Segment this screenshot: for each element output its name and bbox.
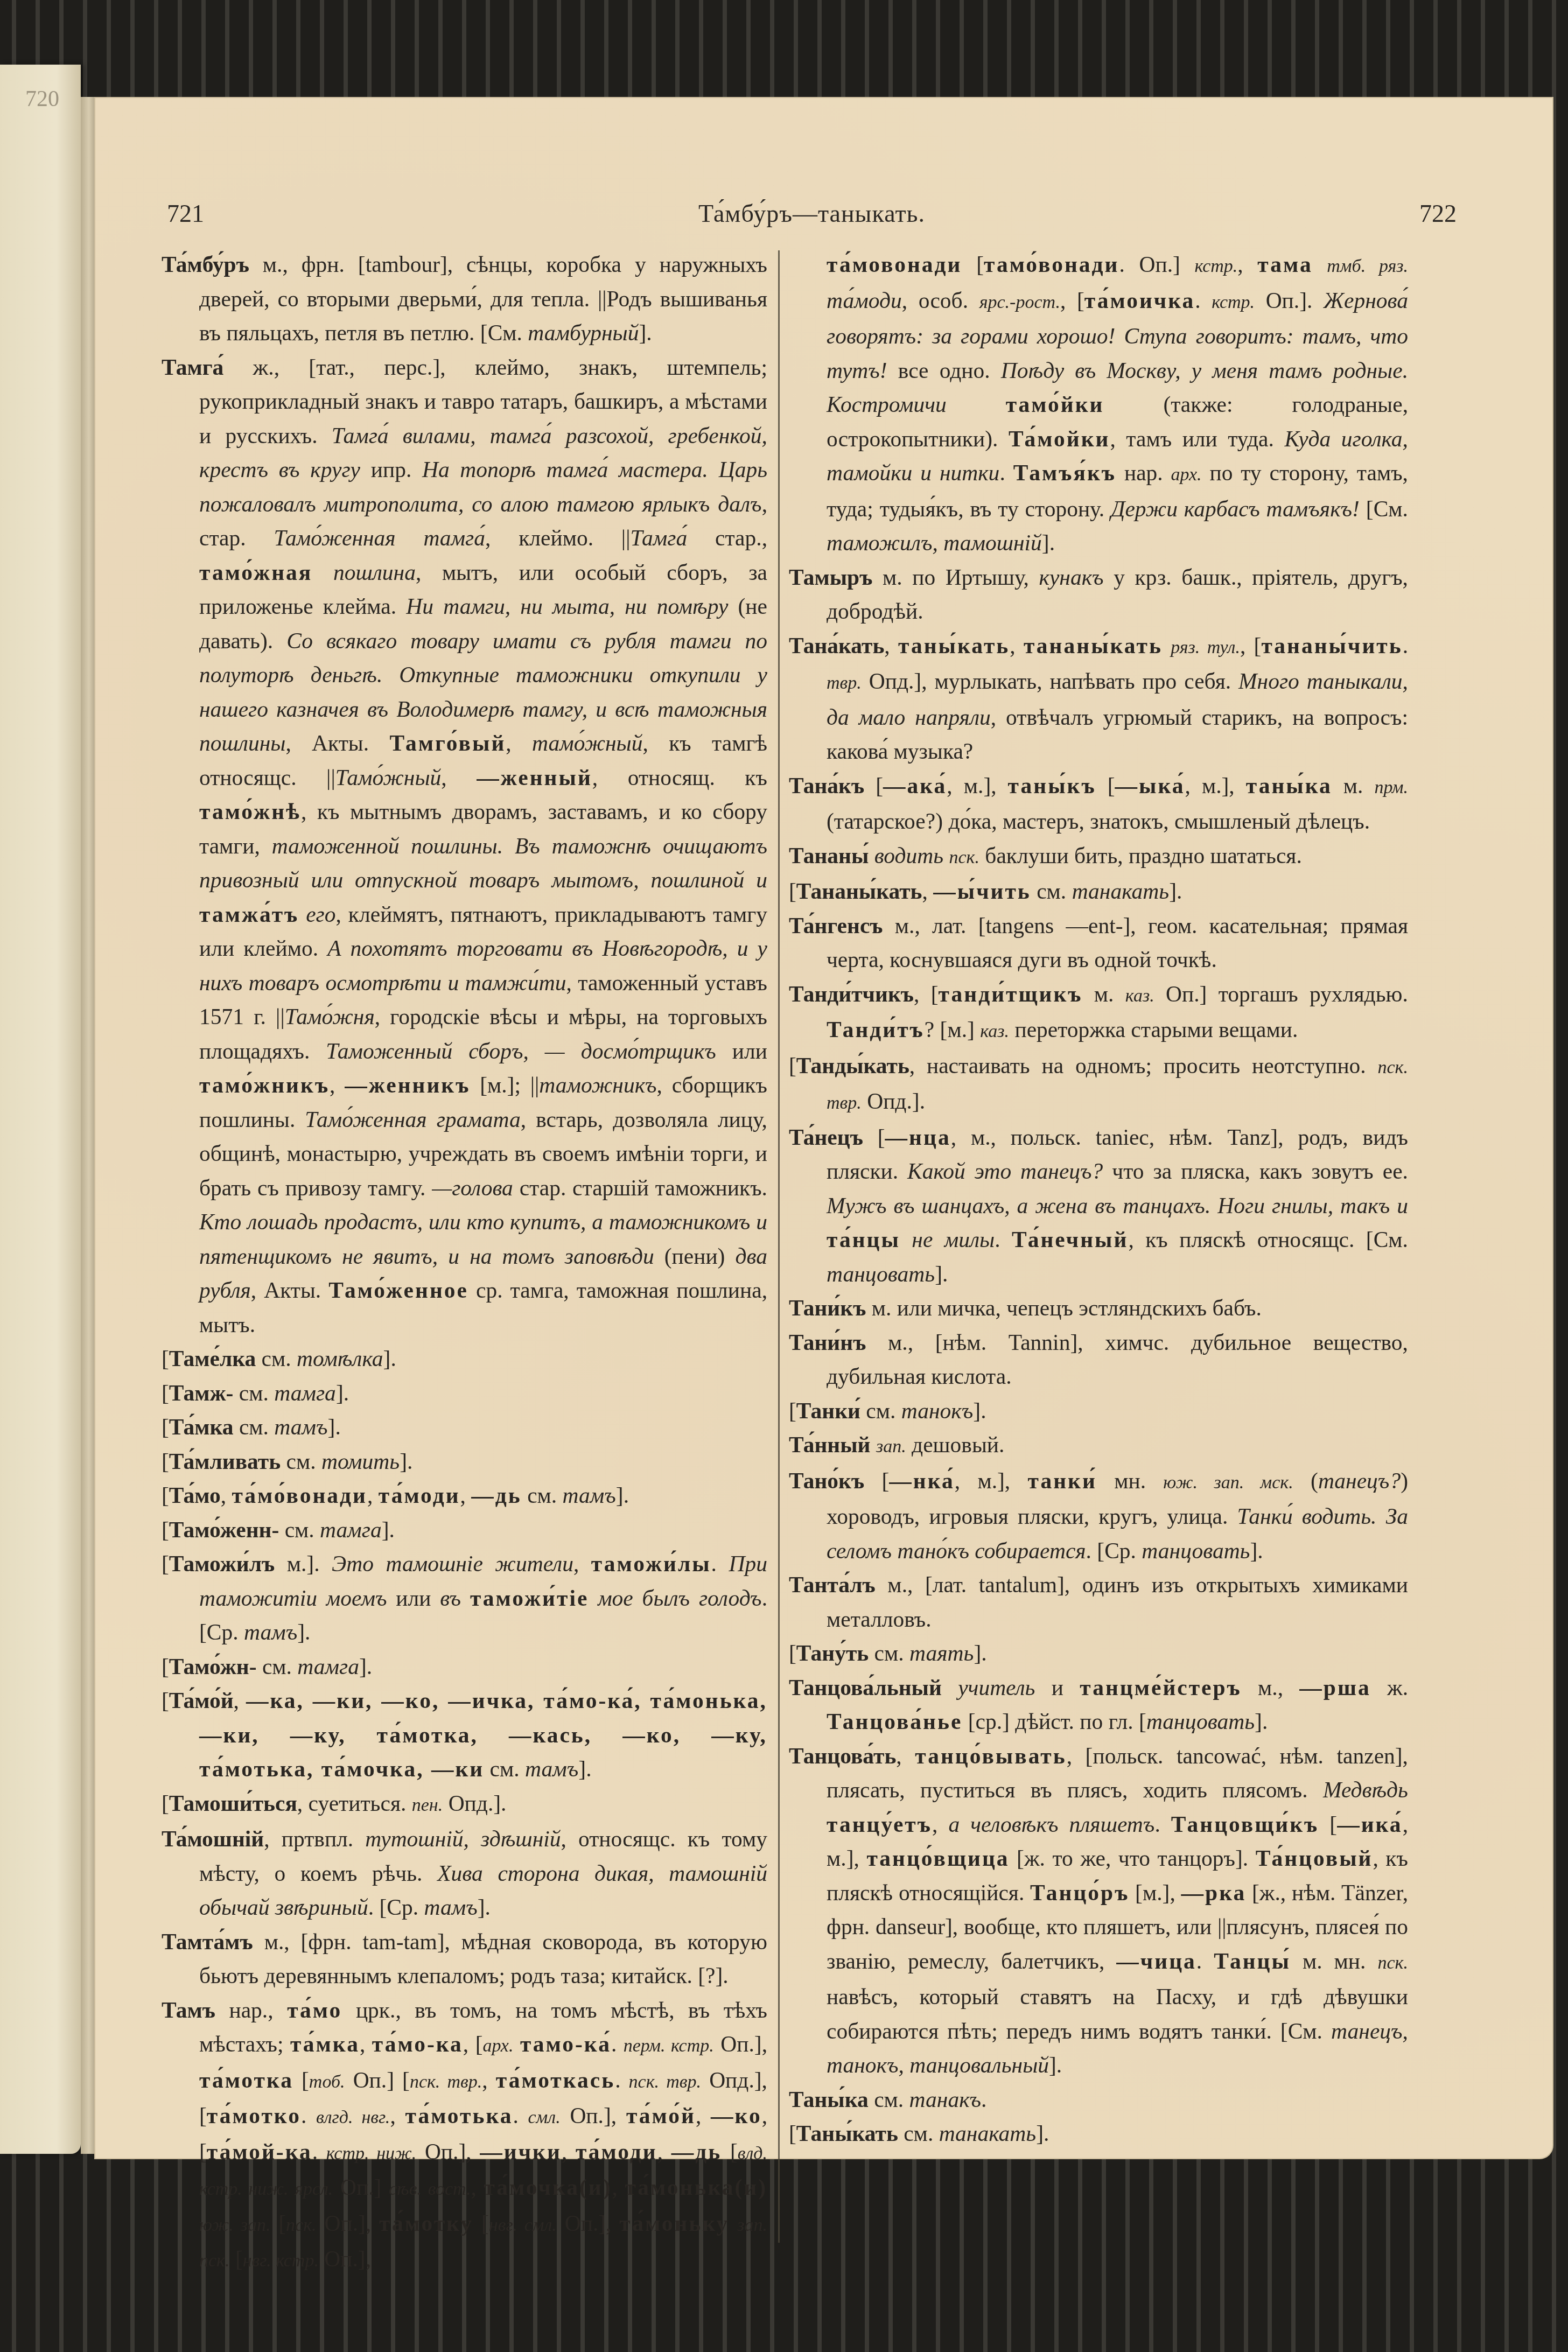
dictionary-entry: [Танды́кать, настаивать на одномъ; проси… xyxy=(789,1049,1408,1121)
dictionary-page: 721 Та́мбу́ръ—таныкать. 722 Та́мбу́ръ м.… xyxy=(94,97,1553,2159)
dictionary-entry: [Тамо́жн- см. тамга]. xyxy=(162,1650,767,1684)
dictionary-entry: [Тамоши́ться, суетиться. пен. Опд.]. xyxy=(162,1787,767,1823)
dictionary-entry: Тано́къ [—нка́, м.], танки́ мн. юж. зап.… xyxy=(789,1464,1408,1569)
dictionary-entry: Танди́тчикъ, [танди́тщикъ м. каз. Оп.] т… xyxy=(789,977,1408,1049)
dictionary-entry: Тамыръ м. по Иртышу, кунакъ у крз. башк.… xyxy=(789,561,1408,629)
dictionary-entry: Танцова́льный учитель и танцме́йстеръ м.… xyxy=(789,1671,1408,1739)
dictionary-entry: Тамта́мъ м., [фрн. tam-tam], мѣдная сков… xyxy=(162,1925,767,1993)
dictionary-entry: Та́нгенсъ м., лат. [tangens —ent-], геом… xyxy=(789,909,1408,977)
dictionary-entry: Танцова́ть, танцо́вывать, [польск. tanco… xyxy=(789,1739,1408,2083)
running-title: Та́мбу́ръ—таныкать. xyxy=(167,199,1457,228)
dictionary-entry: Та́нецъ [—нца, м., польск. taniec, нѣм. … xyxy=(789,1121,1408,1292)
dictionary-entry: Тамъ нар., та́мо црк., въ томъ, на томъ … xyxy=(162,1993,767,2278)
right-column: та́мовонади [тамо́вонади. Оп.] кстр., та… xyxy=(789,248,1408,2151)
dictionary-entry: Тананы́ водить пск. баклуши бить, праздн… xyxy=(789,839,1408,875)
dictionary-entry: [Таме́лка см. томѣлка]. xyxy=(162,1342,767,1376)
previous-page-edge: 720 xyxy=(0,65,81,2154)
dictionary-entry: Та́мбу́ръ м., фрн. [tambour], сѣнцы, кор… xyxy=(162,248,767,351)
dictionary-entry: [Тамж- см. тамга]. xyxy=(162,1376,767,1411)
dictionary-entry: [Та́мо́й, —ка, —ки, —ко, —ичка, та́мо-ка… xyxy=(162,1684,767,1787)
dictionary-entry: та́мовонади [тамо́вонади. Оп.] кстр., та… xyxy=(789,248,1408,561)
dictionary-entry: [Тамо́женн- см. тамга]. xyxy=(162,1513,767,1548)
dictionary-entry: Тана́къ [—ака́, м.], таны́къ [—ыка́, м.]… xyxy=(789,769,1408,839)
left-column: Та́мбу́ръ м., фрн. [tambour], сѣнцы, кор… xyxy=(162,248,767,2278)
dictionary-entry: Та́мошній, пртвпл. тутошній, здѣшній, от… xyxy=(162,1822,767,1925)
column-divider xyxy=(778,250,780,2243)
dictionary-entry: [Та́мо, та́мо́вонади, та́моди, —дь см. т… xyxy=(162,1479,767,1513)
dictionary-entry: [Таны́кать см. танакать]. xyxy=(789,2117,1408,2151)
dictionary-entry: [Танки́ см. танокъ]. xyxy=(789,1394,1408,1429)
page-number-right: 722 xyxy=(1419,199,1457,228)
dictionary-entry: [Та́мливать см. томить]. xyxy=(162,1445,767,1479)
dictionary-entry: Та́нный зап. дешовый. xyxy=(789,1428,1408,1464)
dictionary-entry: Тана́кать, таны́кать, тананы́кать ряз. т… xyxy=(789,629,1408,769)
dictionary-entry: Тани́нъ м., [нѣм. Tannin], химчс. дубиль… xyxy=(789,1326,1408,1394)
dictionary-entry: [Та́мка см. тамъ]. xyxy=(162,1410,767,1445)
dictionary-entry: [Тану́ть см. таять]. xyxy=(789,1636,1408,1671)
dictionary-entry: Танта́лъ м., [лат. tantalum], одинъ изъ … xyxy=(789,1568,1408,1636)
dictionary-entry: Таны́ка см. танакъ. xyxy=(789,2083,1408,2117)
dictionary-entry: Тани́къ м. или мичка, чепецъ эстляндских… xyxy=(789,1291,1408,1326)
dictionary-entry: [Таможи́лъ м.]. Это тамошніе жители, там… xyxy=(162,1547,767,1650)
page-header: 721 Та́мбу́ръ—таныкать. 722 xyxy=(167,199,1457,237)
previous-page-number: 720 xyxy=(25,86,59,112)
dictionary-entry: [Тананы́кать, —ы́чить см. танакать]. xyxy=(789,874,1408,909)
dictionary-entry: Тамга́ ж., [тат., перс.], клеймо, знакъ,… xyxy=(162,351,767,1342)
